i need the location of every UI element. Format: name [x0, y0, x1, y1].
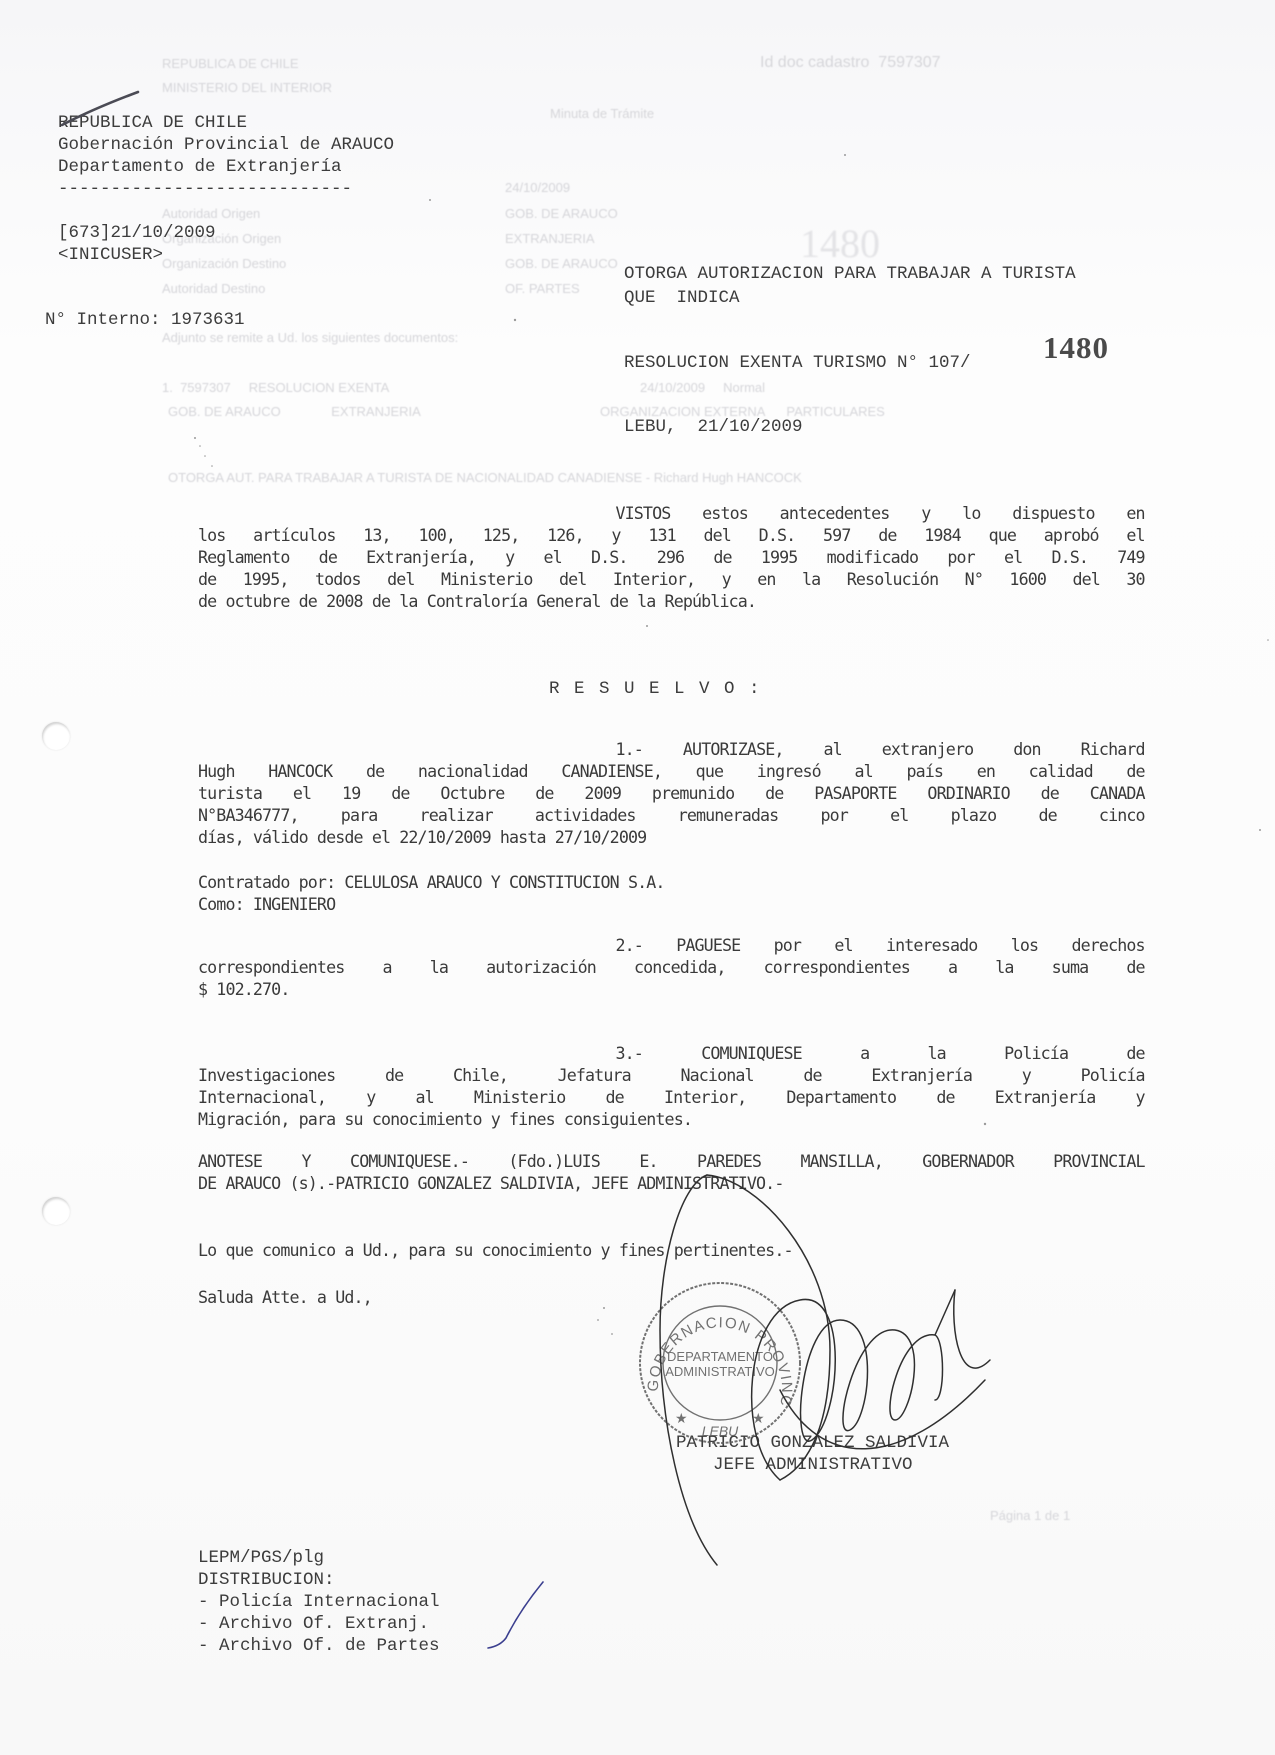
clause-1-line: turista el 19 de Octubre de 2009 premuni…: [198, 783, 1145, 805]
vistos-line: Reglamento de Extranjería, y el D.S. 296…: [198, 547, 1145, 569]
punch-hole-top: [42, 722, 70, 750]
employer-line: Contratado por: CELULOSA ARAUCO Y CONSTI…: [198, 872, 665, 894]
letterhead-office: Gobernación Provincial de ARAUCO: [58, 134, 394, 156]
clause-2-line: correspondientes a la autorización conce…: [198, 957, 1145, 979]
clause-1-paragraph: 1.- AUTORIZASE, al extranjero don Richar…: [198, 739, 1145, 849]
vistos-paragraph: VISTOS estos antecedentes y lo dispuesto…: [198, 503, 1145, 613]
place-date: LEBU, 21/10/2009: [624, 416, 803, 438]
resuelvo-heading: R E S U E L V O :: [549, 678, 762, 700]
internal-number: N° Interno: 1973631: [45, 309, 245, 331]
handwritten-signature-icon: [660, 1175, 990, 1565]
comunico-line: Lo que comunico a Ud., para su conocimie…: [198, 1240, 793, 1262]
clause-2-line: $ 102.270.: [198, 979, 1145, 1001]
svg-text:★: ★: [675, 1410, 688, 1426]
punch-hole-bottom: [42, 1197, 70, 1225]
vistos-line: VISTOS estos antecedentes y lo dispuesto…: [198, 503, 1145, 525]
saluda-line: Saluda Atte. a Ud.,: [198, 1287, 372, 1309]
user-tag: <INICUSER>: [58, 244, 163, 266]
clause-3-paragraph: 3.- COMUNIQUESE a la Policía de Investig…: [198, 1043, 1145, 1131]
seal-center-line-2: ADMINISTRATIVO: [665, 1364, 775, 1379]
svg-text:★: ★: [752, 1410, 765, 1426]
clause-1-line: N°BA346777, para realizar actividades re…: [198, 805, 1145, 827]
subject-line-2: QUE INDICA: [624, 287, 740, 309]
svg-text:GOBERNACION PROVINCIAL ARAUCO: GOBERNACION PROVINCIAL ARAUCO: [0, 0, 795, 1409]
signatory-title: JEFE ADMINISTRATIVO: [713, 1454, 913, 1476]
signatory-name: PATRICIO GONZALEZ SALDIVIA: [676, 1432, 949, 1454]
initials: LEPM/PGS/plg: [198, 1547, 324, 1569]
vistos-line: los artículos 13, 100, 125, 126, y 131 d…: [198, 525, 1145, 547]
anotese-line: ANOTESE Y COMUNIQUESE.- (Fdo.)LUIS E. PA…: [198, 1151, 1145, 1173]
anotese-line: DE ARAUCO (s).-PATRICIO GONZALEZ SALDIVI…: [198, 1173, 1145, 1195]
scanned-document-page: REPUBLICA DE CHILE MINISTERIO DEL INTERI…: [0, 0, 1275, 1755]
seal-center-line-1: DEPARTAMENTO: [667, 1349, 773, 1364]
seal-ring-text: GOBERNACION PROVINCIAL ARAUCO: [0, 0, 795, 1409]
distribution-item: - Policía Internacional: [198, 1591, 440, 1613]
clause-2-line: 2.- PAGUESE por el interesado los derech…: [198, 935, 1145, 957]
letterhead-department: Departamento de Extranjería: [58, 156, 342, 178]
distribution-item: - Archivo Of. de Partes: [198, 1635, 440, 1657]
distribution-item: - Archivo Of. Extranj.: [198, 1613, 429, 1635]
anotese-paragraph: ANOTESE Y COMUNIQUESE.- (Fdo.)LUIS E. PA…: [198, 1151, 1145, 1195]
clause-3-line: Investigaciones de Chile, Jefatura Nacio…: [198, 1065, 1145, 1087]
resolution-stamp-number: 1480: [1043, 330, 1109, 366]
pen-check-mark-icon: [488, 1582, 543, 1648]
letterhead-separator: ----------------------------: [58, 178, 352, 200]
clause-1-line: 1.- AUTORIZASE, al extranjero don Richar…: [198, 739, 1145, 761]
clause-1-line: Hugh HANCOCK de nacionalidad CANADIENSE,…: [198, 761, 1145, 783]
clause-2-paragraph: 2.- PAGUESE por el interesado los derech…: [198, 935, 1145, 1001]
reference-line: [673]21/10/2009: [58, 222, 216, 244]
official-seal-icon: GOBERNACION PROVINCIAL ARAUCO DEPARTAMEN…: [0, 0, 800, 1443]
subject-line-1: OTORGA AUTORIZACION PARA TRABAJAR A TURI…: [624, 263, 1076, 285]
clause-3-line: Migración, para su conocimiento y fines …: [198, 1109, 1145, 1131]
clause-3-line: 3.- COMUNIQUESE a la Policía de: [198, 1043, 1145, 1065]
clause-1-line: días, válido desde el 22/10/2009 hasta 2…: [198, 827, 1145, 849]
vistos-line: de octubre de 2008 de la Contraloría Gen…: [198, 591, 1145, 613]
distribution-heading: DISTRIBUCION:: [198, 1569, 335, 1591]
resolution-label: RESOLUCION EXENTA TURISMO N° 107/: [624, 352, 971, 374]
vistos-line: de 1995, todos del Ministerio del Interi…: [198, 569, 1145, 591]
role-line: Como: INGENIERO: [198, 894, 335, 916]
letterhead-country: REPUBLICA DE CHILE: [58, 112, 247, 134]
clause-3-line: Internacional, y al Ministerio de Interi…: [198, 1087, 1145, 1109]
